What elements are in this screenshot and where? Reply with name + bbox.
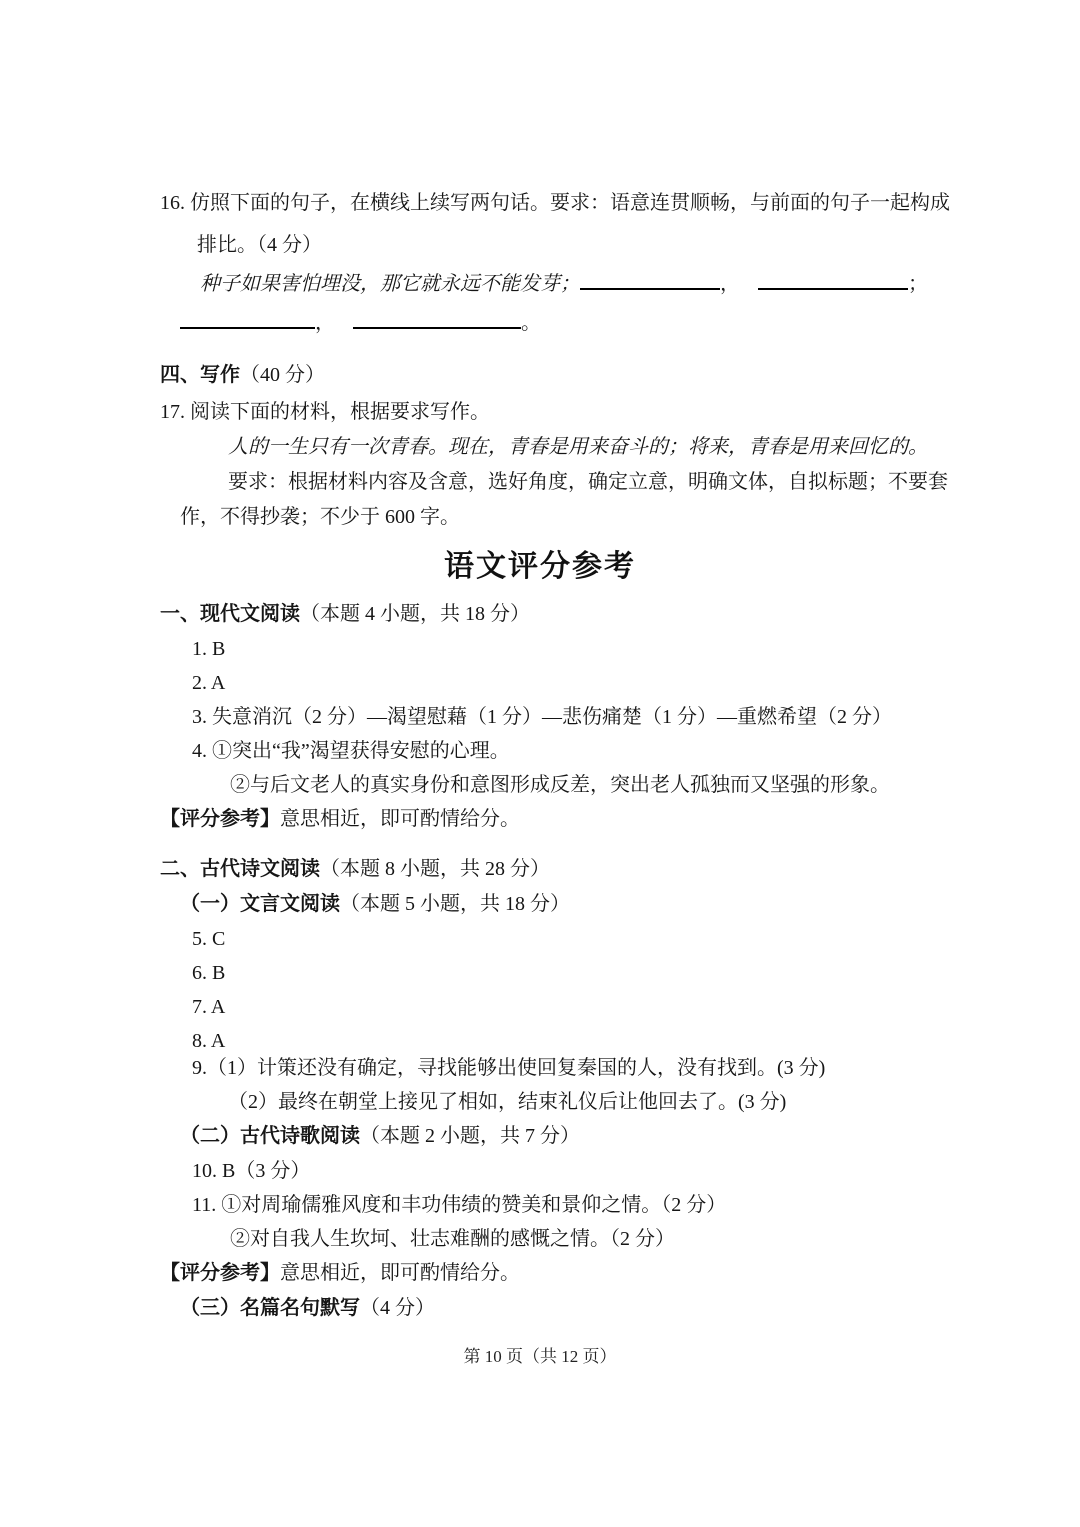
section-2-heading: 二、古代诗文阅读（本题 8 小题，共 28 分）: [160, 852, 1080, 887]
q16-example-sentence: 种子如果害怕埋没，那它就永远不能发芽；: [200, 273, 580, 295]
q16-line-2: 排比。（4 分）: [197, 228, 1080, 263]
section-writing-title: 四、写作: [160, 364, 240, 386]
q17-text: 17. 阅读下面的材料，根据要求写作。: [160, 401, 490, 423]
subsection-1-heading: （一）文言文阅读（本题 5 小题，共 18 分）: [180, 887, 1080, 922]
answer-blank-4: [353, 308, 521, 329]
answer-11-line-1: 11. ①对周瑜儒雅风度和丰功伟绩的赞美和景仰之情。（2 分）: [192, 1188, 1080, 1222]
answer-key-title: 语文评分参考: [0, 543, 1080, 591]
subsection-1-note: （本题 5 小题，共 18 分）: [340, 893, 570, 915]
answer-3: 3. 失意消沉（2 分）—渴望慰藉（1 分）—悲伤痛楚（1 分）—重燃希望（2 …: [192, 700, 1080, 734]
q17-requirement-text-1: 要求：根据材料内容及含意，选好角度，确定立意，明确文体，自拟标题；不要套: [228, 471, 948, 493]
answer-2: 2. A: [192, 666, 1080, 700]
q17-material-line: 人的一生只有一次青春。现在，青春是用来奋斗的；将来，青春是用来回忆的。: [228, 430, 1080, 465]
answer-10: 10. B（3 分）: [192, 1154, 1080, 1188]
blank-separator-period: 。: [521, 312, 541, 334]
page-number: 第 10 页（共 12 页）: [0, 1342, 1080, 1367]
answer-4-line-2: ②与后文老人的真实身份和意图形成反差，突出老人孤独而又坚强的形象。: [230, 768, 1080, 802]
q17-material-text: 人的一生只有一次青春。现在，青春是用来奋斗的；将来，青春是用来回忆的。: [228, 436, 928, 458]
scoring-remark-1: 【评分参考】意思相近，即可酌情给分。: [160, 802, 1080, 837]
blank-separator-semicolon: ；: [908, 273, 928, 295]
blank-separator-comma: ，: [720, 273, 740, 295]
answer-9-line-2: （2）最终在朝堂上接见了相如，结束礼仪后让他回去了。(3 分): [228, 1085, 1080, 1119]
section-1-heading: 一、现代文阅读（本题 4 小题，共 18 分）: [160, 597, 1080, 632]
q16-text-1: 16. 仿照下面的句子，在横线上续写两句话。要求：语意连贯顺畅，与前面的句子一起…: [160, 192, 950, 214]
q16-text-2: 排比。（4 分）: [197, 234, 322, 256]
answer-4-line-1: 4. ①突出“我”渴望获得安慰的心理。: [192, 734, 1080, 768]
scoring-remark-1-text: 意思相近，即可酌情给分。: [280, 808, 520, 830]
section-2-title: 二、古代诗文阅读: [160, 858, 320, 880]
subsection-2-heading: （二）古代诗歌阅读（本题 2 小题，共 7 分）: [180, 1119, 1080, 1154]
answer-9-line-1: 9.（1）计策还没有确定，寻找能够出使回复秦国的人，没有找到。(3 分): [192, 1051, 1080, 1085]
q16-line-1: 16. 仿照下面的句子，在横线上续写两句话。要求：语意连贯顺畅，与前面的句子一起…: [160, 186, 1080, 221]
answer-6: 6. B: [192, 956, 1080, 990]
scoring-remark-2: 【评分参考】意思相近，即可酌情给分。: [160, 1256, 1080, 1291]
answer-5: 5. C: [192, 922, 1080, 956]
q16-example-line: 种子如果害怕埋没，那它就永远不能发芽；，；: [200, 267, 1080, 302]
subsection-3-title: （三）名篇名句默写: [180, 1297, 360, 1319]
section-1-note: （本题 4 小题，共 18 分）: [300, 603, 530, 625]
subsection-3-heading: （三）名篇名句默写（4 分）: [180, 1291, 1080, 1326]
subsection-2-title: （二）古代诗歌阅读: [180, 1125, 360, 1147]
subsection-1-title: （一）文言文阅读: [180, 893, 340, 915]
scoring-remark-2-label: 【评分参考】: [160, 1262, 280, 1284]
section-writing-score: （40 分）: [240, 364, 325, 386]
q17-requirement-line-2: 作，不得抄袭；不少于 600 字。: [180, 500, 1080, 535]
answer-blank-1: [580, 269, 720, 290]
blank-separator-comma-2: ，: [315, 312, 335, 334]
answer-1: 1. B: [192, 632, 1080, 666]
q16-blanks-line-2: ，。: [180, 306, 1080, 341]
answer-blank-3: [180, 308, 315, 329]
section-1-title: 一、现代文阅读: [160, 603, 300, 625]
scoring-remark-2-text: 意思相近，即可酌情给分。: [280, 1262, 520, 1284]
scoring-remark-1-label: 【评分参考】: [160, 808, 280, 830]
exam-page: 16. 仿照下面的句子，在横线上续写两句话。要求：语意连贯顺畅，与前面的句子一起…: [0, 0, 1080, 1527]
q17-requirement-line-1: 要求：根据材料内容及含意，选好角度，确定立意，明确文体，自拟标题；不要套: [228, 465, 1080, 500]
answer-7: 7. A: [192, 990, 1080, 1024]
subsection-3-note: （4 分）: [360, 1297, 435, 1319]
answer-11-line-2: ②对自我人生坎坷、壮志难酬的感慨之情。（2 分）: [230, 1222, 1080, 1256]
answer-blank-2: [758, 269, 908, 290]
section-writing-heading: 四、写作（40 分）: [160, 358, 1080, 393]
q17-requirement-text-2: 作，不得抄袭；不少于 600 字。: [180, 506, 460, 528]
subsection-2-note: （本题 2 小题，共 7 分）: [360, 1125, 580, 1147]
section-2-note: （本题 8 小题，共 28 分）: [320, 858, 550, 880]
q17-line: 17. 阅读下面的材料，根据要求写作。: [160, 395, 1080, 430]
